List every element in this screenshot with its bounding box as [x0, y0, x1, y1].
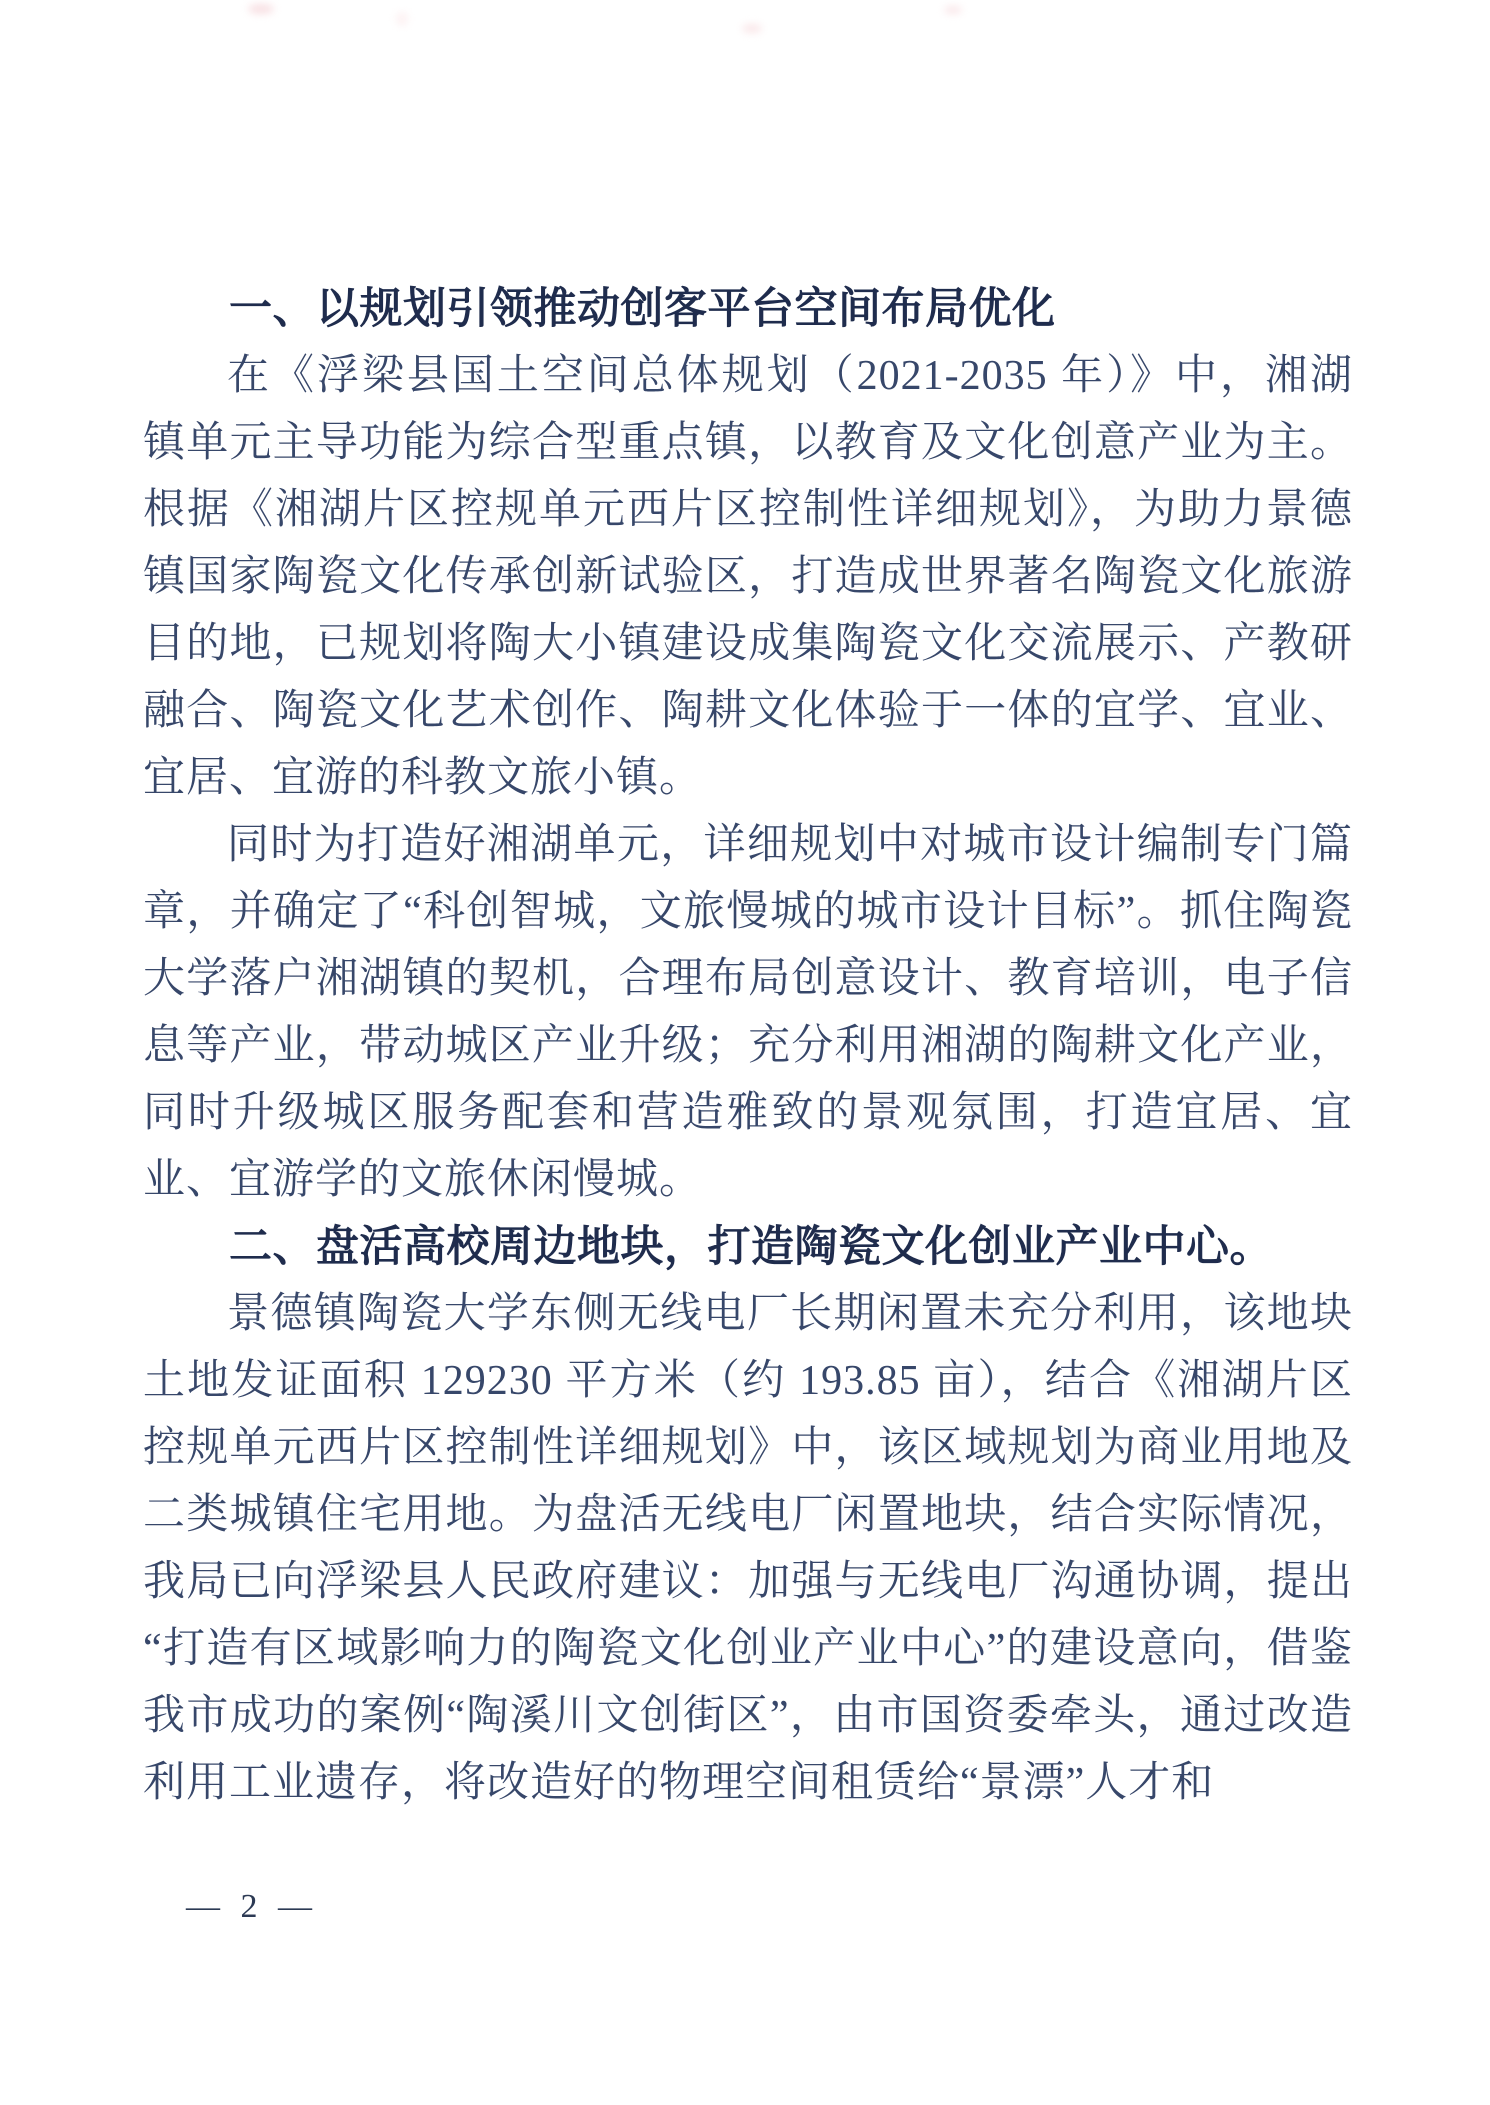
scan-artifact — [742, 24, 762, 33]
section-heading-1: 一、以规划引领推动创客平台空间布局优化 — [143, 276, 1353, 343]
paragraph-3: 景德镇陶瓷大学东侧无线电厂长期闲置未充分利用，该地块土地发证面积 129230 … — [143, 1281, 1353, 1817]
section-heading-2: 二、盘活高校周边地块，打造陶瓷文化创业产业中心。 — [143, 1214, 1353, 1281]
paragraph-2: 同时为打造好湘湖单元，详细规划中对城市设计编制专门篇章，并确定了“科创智城，文旅… — [143, 812, 1353, 1214]
paragraph-1: 在《浮梁县国土空间总体规划（2021-2035 年）》中，湘湖镇单元主导功能为综… — [143, 343, 1353, 812]
document-page: 一、以规划引领推动创客平台空间布局优化 在《浮梁县国土空间总体规划（2021-2… — [0, 0, 1490, 2105]
scan-artifact — [944, 6, 962, 14]
page-number: — 2 — — [186, 1888, 318, 1926]
document-body: 一、以规划引领推动创客平台空间布局优化 在《浮梁县国土空间总体规划（2021-2… — [143, 276, 1353, 1817]
scan-artifact — [396, 12, 408, 26]
scan-artifact — [248, 4, 274, 14]
